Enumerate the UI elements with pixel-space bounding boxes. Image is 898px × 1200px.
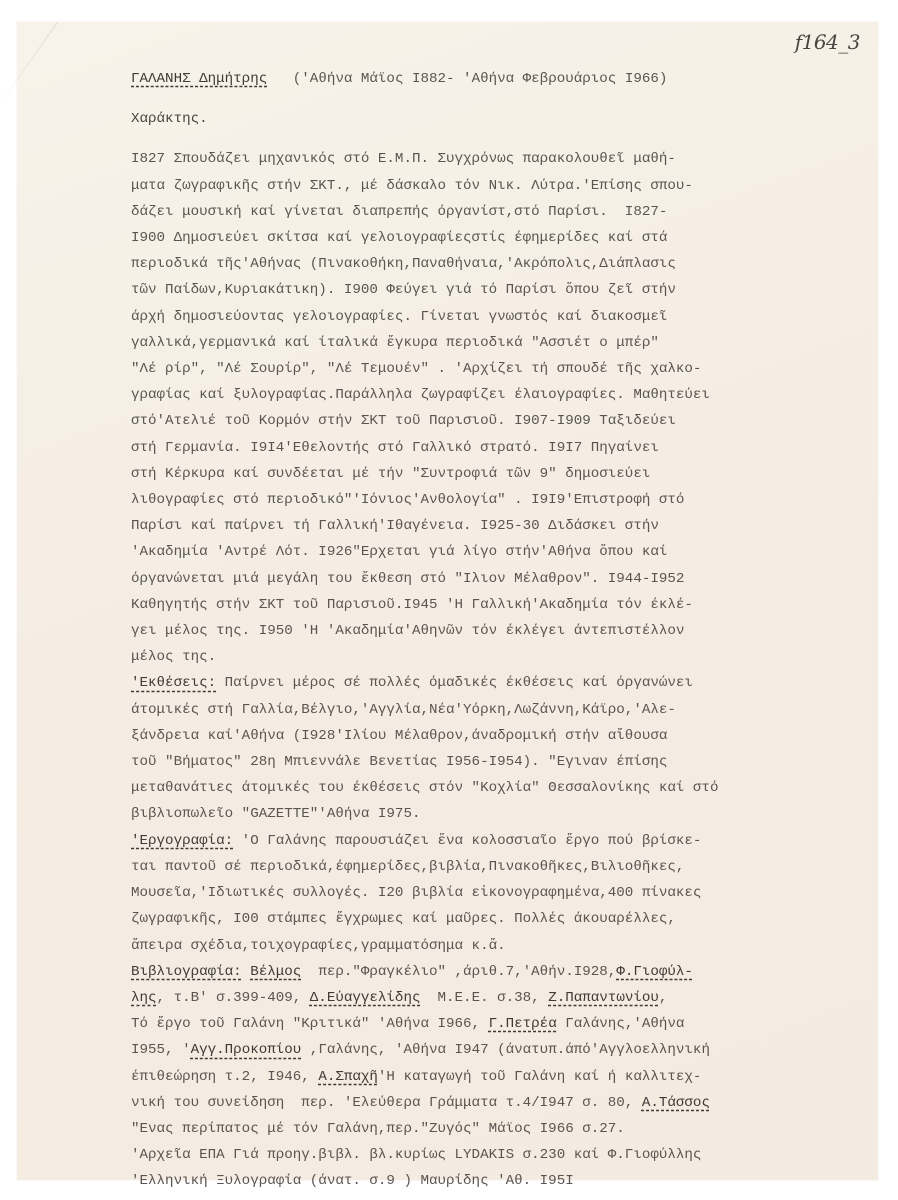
author-name: Βέλμος [250,964,301,980]
bibliography-line: 'Αρχεῖα ΕΠΑ Γιά προηγ.βιβλ. βλ.κυρίως LY… [131,1142,871,1168]
document-page: f164_3 ΓΑΛΑΝΗΣ Δημήτρης ('Αθήνα Μάϊος Ι8… [17,22,878,1180]
author-name: Δ.Εύαγγελίδης [310,990,421,1006]
text-line: ζωγραφικῆς, Ι00 στάμπες ἔγχρωμες καί μαῦ… [131,906,871,932]
archive-annotation: f164_3 [795,30,860,54]
text-segment: περ."Φραγκέλιο" ,άριθ.7,'Αθήν.Ι928, [301,964,616,980]
text-segment: νική του συνείδηση περ. 'Ελεύθερα Γράμμα… [131,1095,642,1111]
exhibitions-label: 'Εκθέσεις: [131,675,216,691]
text-segment: Παίρνει μέρος σέ πολλές όμαδικές έκθέσει… [216,675,693,691]
text-line: ται παντοῦ σέ περιοδικά,έφημερίδες,βιβλί… [131,854,871,880]
bibliography-section: Βιβλιογραφία: Βέλμος περ."Φραγκέλιο" ,άρ… [131,959,871,1195]
works-section: 'Εργογραφία: 'Ο Γαλάνης παρουσιάζει ἕνα … [131,828,871,959]
text-line: δάζει μουσική καί γίνεται διαπρεπής όργα… [131,199,871,225]
text-segment: , [659,990,668,1006]
text-line: άτομικές στή Γαλλία,Βέλγιο,'Αγγλία,Νέα'Υ… [131,697,871,723]
author-name: λης [131,990,157,1006]
author-name: Ζ.Παπαντωνίου [548,990,659,1006]
text-line: ματα ζωγραφικῆς στήν ΣΚΤ., μέ δάσκαλο τό… [131,173,871,199]
author-name: Α.Σπαχῆ [318,1069,378,1085]
text-line: στή Κέρκυρα καί συνδέεται μέ τήν "Συντρο… [131,461,871,487]
text-line: τοῦ "Βήματος" 28η Μπιεννάλε Βενετίας Ι95… [131,749,871,775]
biography-section: Ι827 Σπουδάζει μηχανικός στό Ε.Μ.Π. Συγχ… [131,146,871,670]
text-segment: έπιθεώρηση τ.2, Ι946, [131,1069,318,1085]
text-line: Παρίσι καί παίρνει τή Γαλλική'Ιθαγένεια.… [131,513,871,539]
text-line: Μουσεῖα,'Ιδιωτικές συλλογές. Ι20 βιβλία … [131,880,871,906]
subject-dates: ('Αθήνα Μάϊος Ι882- 'Αθήνα Φεβρουάριος Ι… [267,71,667,87]
profession: Χαράκτης. [131,106,871,132]
text-line: μέλος της. [131,644,871,670]
text-segment [242,964,251,980]
text-line: 'Εκθέσεις: Παίρνει μέρος σέ πολλές όμαδι… [131,670,871,696]
author-name: Γ.Πετρέα [489,1016,557,1032]
text-line: στή Γερμανία. Ι9Ι4'Εθελοντής στό Γαλλικό… [131,435,871,461]
paper-fold-crease [0,22,58,113]
text-line: Ι900 Δημοσιεύει σκίτσα καί γελοιογραφίες… [131,225,871,251]
text-line: γραφίας καί ξυλογραφίας.Παράλληλα ζωγραφ… [131,382,871,408]
bibliography-line: Ι955, 'Αγγ.Προκοπίου ,Γαλάνης, 'Αθήνα Ι9… [131,1037,871,1063]
text-line: περιοδικά τῆς'Αθήνας (Πινακοθήκη,Παναθήν… [131,251,871,277]
bibliography-line: 'Ελληνική Ξυλογραφία (άνατ. σ.9 ) Μαυρίδ… [131,1168,871,1194]
text-segment: Ι955, ' [131,1042,191,1058]
text-line: Καθηγητής στήν ΣΚΤ τοῦ Παρισιοῦ.Ι945 'Η … [131,592,871,618]
author-name: Α.Τάσσος [642,1095,710,1111]
text-segment: ,Γαλάνης, 'Αθήνα Ι947 (άνατυπ.άπό'Αγγλοε… [301,1042,710,1058]
text-line: 'Εργογραφία: 'Ο Γαλάνης παρουσιάζει ἕνα … [131,828,871,854]
text-line: γει μέλος της. Ι950 'Η 'Ακαδημία'Αθηνῶν … [131,618,871,644]
text-line: όργανώνεται μιά μεγάλη του ἔκθεση στό "Ι… [131,566,871,592]
text-line: Ι827 Σπουδάζει μηχανικός στό Ε.Μ.Π. Συγχ… [131,146,871,172]
bibliography-line: Βιβλιογραφία: Βέλμος περ."Φραγκέλιο" ,άρ… [131,959,871,985]
bibliography-line: Τό ἔργο τοῦ Γαλάνη "Κριτικά" 'Αθήνα Ι966… [131,1011,871,1037]
bibliography-line: έπιθεώρηση τ.2, Ι946, Α.Σπαχῆ'Η καταγωγή… [131,1064,871,1090]
text-line: ξάνδρεια καί'Αθήνα (Ι928'Ιλίου Μέλαθρον,… [131,723,871,749]
bibliography-line: "Ενας περίπατος μέ τόν Γαλάνη,περ."Ζυγός… [131,1116,871,1142]
text-segment: Τό ἔργο τοῦ Γαλάνη "Κριτικά" 'Αθήνα Ι966… [131,1016,489,1032]
text-line: "Λέ ρίρ", "Λέ Σουρίρ", "Λέ Τεμουέν" . 'Α… [131,356,871,382]
text-segment: 'Ο Γαλάνης παρουσιάζει ἕνα κολοσσιαῖο ἔρ… [233,833,701,849]
bibliography-line: νική του συνείδηση περ. 'Ελεύθερα Γράμμα… [131,1090,871,1116]
works-label: 'Εργογραφία: [131,833,233,849]
text-line: λιθογραφίες στό περιοδικό"'Ιόνιος'Ανθολο… [131,487,871,513]
subject-name: ΓΑΛΑΝΗΣ Δημήτρης [131,71,267,87]
text-line: 'Ακαδημία 'Αντρέ Λότ. Ι926"Ερχεται γιά λ… [131,539,871,565]
document-body: ΓΑΛΑΝΗΣ Δημήτρης ('Αθήνα Μάϊος Ι882- 'Αθ… [131,66,871,1195]
author-name: Φ.Γιοφύλ- [616,964,693,980]
exhibitions-section: 'Εκθέσεις: Παίρνει μέρος σέ πολλές όμαδι… [131,670,871,827]
text-line: ἄπειρα σχέδια,τοιχογραφίες,γραμματόσημα … [131,933,871,959]
author-name: Αγγ.Προκοπίου [191,1042,302,1058]
text-segment: 'Η καταγωγή τοῦ Γαλάνη καί ή καλλιτεχ- [378,1069,702,1085]
text-line: μεταθανάτιες άτομικές του έκθέσεις στόν … [131,775,871,801]
bibliography-label: Βιβλιογραφία: [131,964,242,980]
text-segment: , τ.Β' σ.399-409, [157,990,310,1006]
text-line: βιβλιοπωλεῖο "GAZETTE"'Αθήνα Ι975. [131,801,871,827]
text-line: στό'Ατελιέ τοῦ Κορμόν στήν ΣΚΤ τοῦ Παρισ… [131,408,871,434]
text-line: τῶν Παίδων,Κυριακάτικη). Ι900 Φεύγει γιά… [131,277,871,303]
document-heading: ΓΑΛΑΝΗΣ Δημήτρης ('Αθήνα Μάϊος Ι882- 'Αθ… [131,66,871,92]
bibliography-line: λης, τ.Β' σ.399-409, Δ.Εύαγγελίδης Μ.Ε.Ε… [131,985,871,1011]
text-line: γαλλικά,γερμανικά καί ίταλικά ἔγκυρα περ… [131,330,871,356]
text-segment: Γαλάνης,'Αθήνα [557,1016,685,1032]
text-segment: Μ.Ε.Ε. σ.38, [420,990,548,1006]
text-segment: 'Ελληνική Ξυλογραφία (άνατ. σ.9 ) Μαυρίδ… [131,1173,574,1189]
text-segment: "Ενας περίπατος μέ τόν Γαλάνη,περ."Ζυγός… [131,1121,625,1137]
text-line: άρχή δημοσιεύοντας γελοιογραφίες. Γίνετα… [131,304,871,330]
text-segment: 'Αρχεῖα ΕΠΑ Γιά προηγ.βιβλ. βλ.κυρίως LY… [131,1147,701,1163]
